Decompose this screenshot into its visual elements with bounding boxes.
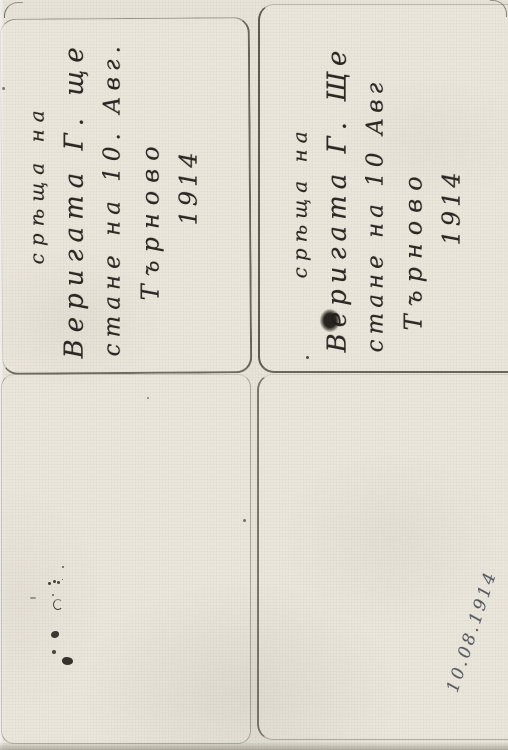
inscription-line: 1914 xyxy=(432,25,470,245)
inscription-line: Търново xyxy=(394,25,432,330)
inscription-line: стане на 10 Авг xyxy=(356,25,394,352)
inscription-right: срѣща на Веригата Г. Ще стане на 10 Авг … xyxy=(278,25,473,370)
document-scan: срѣща на Веригата Г. ще стане на 10. Авг… xyxy=(0,0,508,750)
inscription-left: срѣща на Веригата Г. ще стане на 10. Авг… xyxy=(10,25,215,370)
inscription-segment: ригата Г. Ще xyxy=(322,44,352,305)
ink-speck xyxy=(62,657,73,665)
date-annotation-text: 10.08.1914 xyxy=(438,551,508,712)
ink-speck xyxy=(2,87,5,90)
ink-speck xyxy=(52,594,54,596)
ink-speck xyxy=(306,356,309,359)
ink-speck xyxy=(52,650,56,654)
inscription-line: Веригата Г. ще xyxy=(55,25,93,358)
inscription-right-text: срѣща на Веригата Г. Ще стане на 10 Авг … xyxy=(276,25,475,370)
inscription-left-text: срѣща на Веригата Г. ще стане на 10. Авг… xyxy=(3,25,222,370)
ink-speck xyxy=(48,582,51,585)
ink-speck xyxy=(147,397,149,399)
inscription-line: Търново xyxy=(131,25,169,300)
ink-speck xyxy=(30,597,36,599)
ink-speck xyxy=(53,599,63,610)
inscription-line: Веригата Г. Ще xyxy=(318,25,356,352)
inscription-line: срѣща на xyxy=(280,25,318,278)
inscription-line: стане на 10. Авг. xyxy=(93,25,131,356)
inscription-line: 1914 xyxy=(169,25,207,225)
inscription-segment: е xyxy=(322,306,352,327)
date-annotation: 10.08.1914 xyxy=(438,556,508,708)
ink-speck xyxy=(243,519,246,522)
ink-blot: е xyxy=(318,306,356,327)
postcard-back-bottom-left xyxy=(1,374,251,744)
card-corner-arc xyxy=(490,0,507,17)
card-corner-arc xyxy=(4,2,23,18)
inscription-line: срѣща на xyxy=(17,25,55,264)
ink-speck xyxy=(62,566,64,568)
